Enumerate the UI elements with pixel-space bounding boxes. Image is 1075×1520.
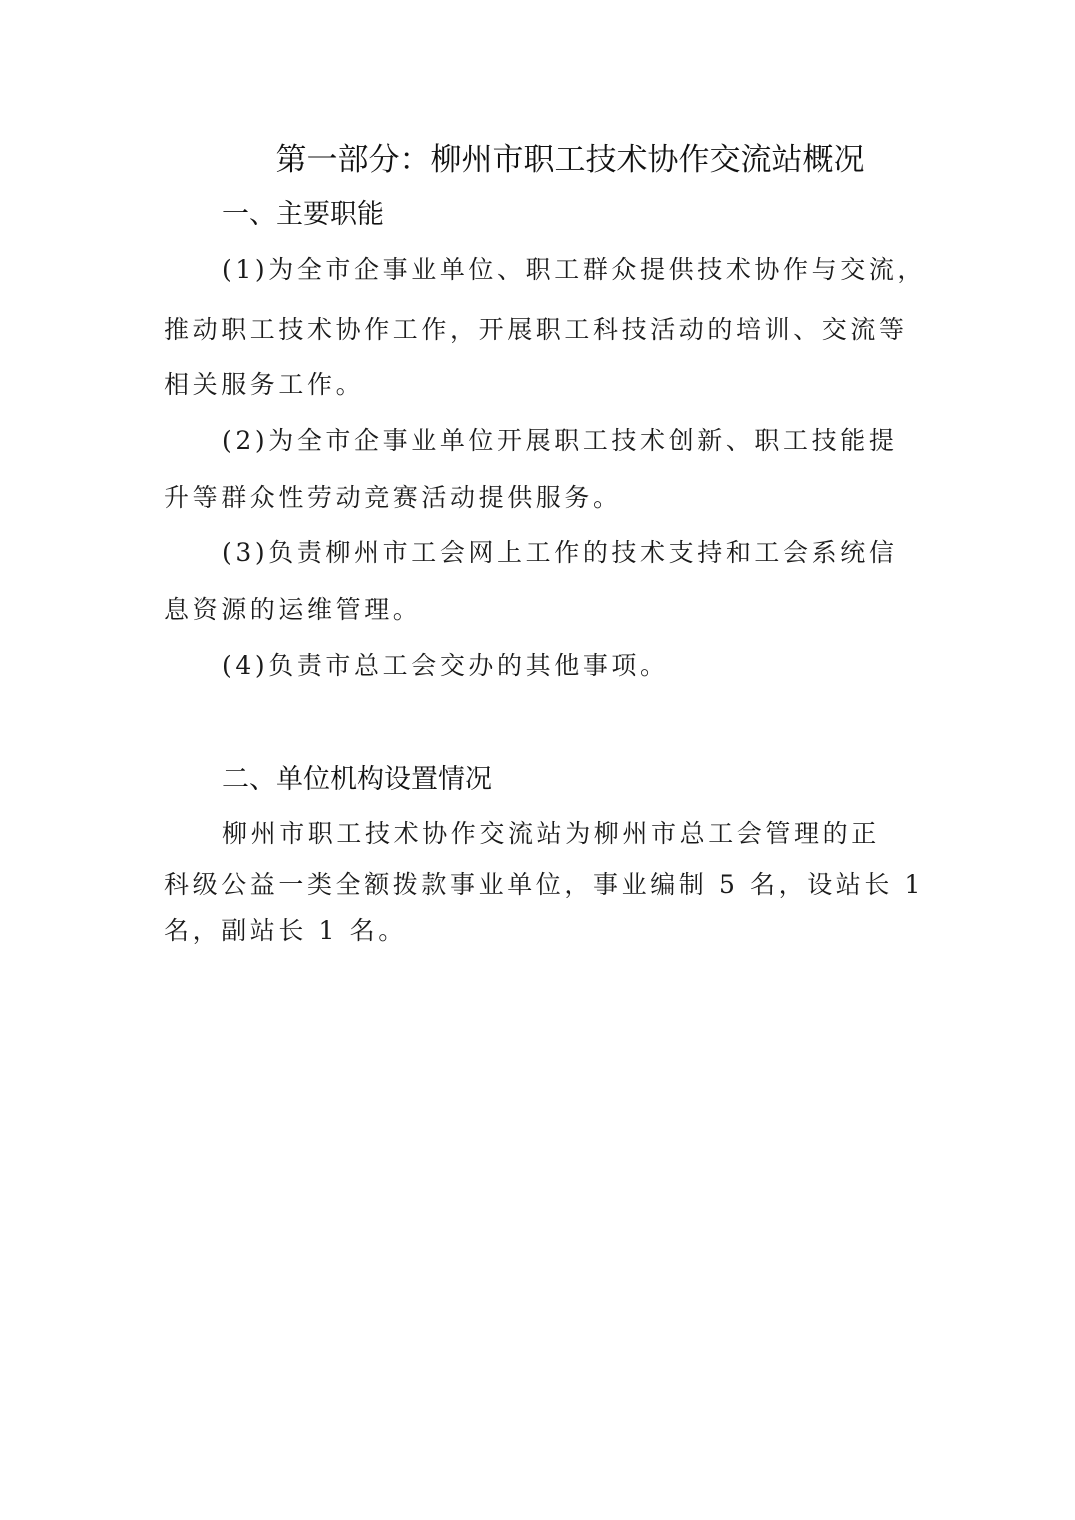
section-heading-organization: 二、单位机构设置情况 <box>222 760 492 800</box>
text-line: (2)为全市企事业单位开展职工技术创新、职工技能提 <box>222 423 897 459</box>
text-line: 相关服务工作。 <box>164 367 364 403</box>
text-line: 升等群众性劳动竞赛活动提供服务。 <box>164 480 622 516</box>
text-line: (4)负责市总工会交办的其他事项。 <box>222 648 669 684</box>
text-line: (1)为全市企事业单位、职工群众提供技术协作与交流， <box>222 252 926 288</box>
document-page: 第一部分：柳州市职工技术协作交流站概况 一、主要职能 (1)为全市企事业单位、职… <box>0 0 1075 1520</box>
text-line: 柳州市职工技术协作交流站为柳州市总工会管理的正 <box>222 816 880 852</box>
page-title: 第一部分：柳州市职工技术协作交流站概况 <box>240 138 900 182</box>
text-line: 推动职工技术协作工作，开展职工科技活动的培训、交流等 <box>164 312 908 348</box>
text-line: (3)负责柳州市工会网上工作的技术支持和工会系统信 <box>222 535 897 571</box>
text-line: 科级公益一类全额拨款事业单位，事业编制 5 名，设站长 1 <box>164 867 924 903</box>
text-line: 名，副站长 1 名。 <box>164 913 407 949</box>
text-line: 息资源的运维管理。 <box>164 592 421 628</box>
section-heading-main-functions: 一、主要职能 <box>222 195 384 235</box>
